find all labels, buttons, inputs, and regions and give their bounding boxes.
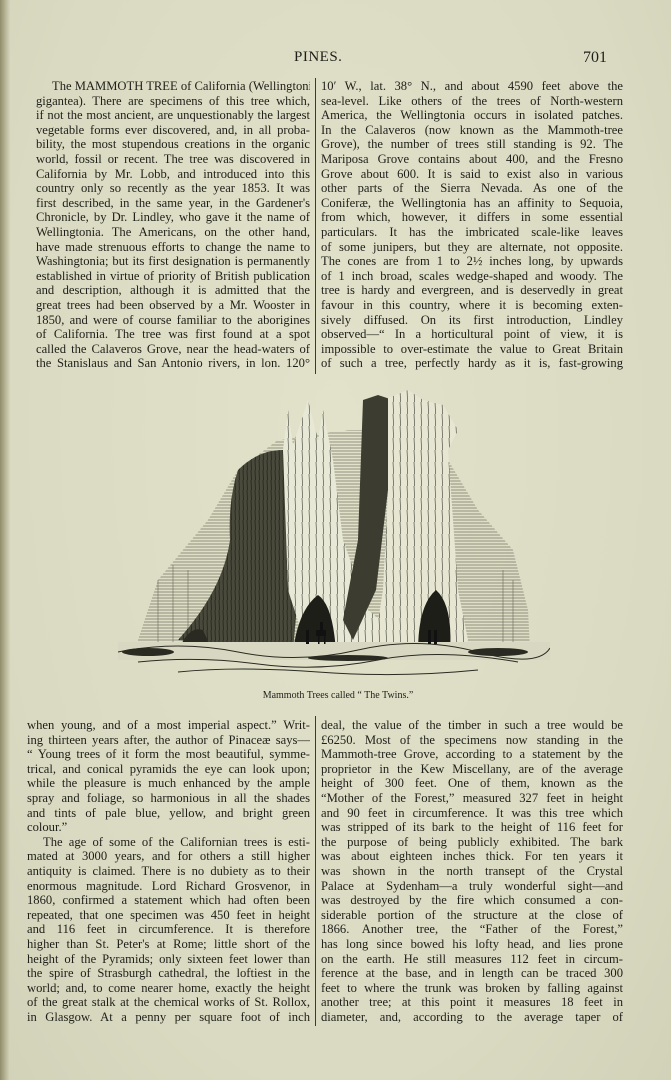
column-divider xyxy=(315,716,316,1026)
text-line: country only so recently as the year 185… xyxy=(36,181,310,196)
text-line: siderable portion of the structure at th… xyxy=(321,908,623,923)
text-line: height of 300 feet. One of them, known a… xyxy=(321,776,623,791)
text-line: was about eighteen inches thick. For ten… xyxy=(321,849,623,864)
text-line: first described, in the same year, in th… xyxy=(36,196,310,211)
text-line: have made strenuous efforts to change th… xyxy=(36,240,310,255)
text-line: feet to where the trunk was broken by fa… xyxy=(321,981,623,996)
book-spine-shadow xyxy=(0,0,10,1080)
text-line: world, fossil or recent. The tree was di… xyxy=(36,152,310,167)
column-left-top: The MAMMOTH TREE of California (Wellingt… xyxy=(36,79,310,371)
text-line: Chronicle, by Dr. Lindley, who gave it t… xyxy=(36,210,310,225)
text-line: of such a tree, perfectly hardy as it is… xyxy=(321,356,623,371)
text-line: Coniferæ, the Wellingtonia has an affini… xyxy=(321,196,623,211)
text-line: and tints of pale blue, yellow, and brig… xyxy=(27,806,310,821)
text-line: the Stanislaus and San Antonio rivers, i… xyxy=(36,356,310,371)
text-line: called the Calaveros Grove, near the hea… xyxy=(36,342,310,357)
text-line: higher than St. Peter's at Rome; little … xyxy=(27,937,310,952)
text-line: favour in this country, where it is beco… xyxy=(321,298,623,313)
text-line: America, the Wellingtonia occurs in isol… xyxy=(321,108,623,123)
text-line: “ Young trees of it form the most beauti… xyxy=(27,747,310,762)
text-line: on the earth. He still measures 112 feet… xyxy=(321,952,623,967)
text-line: tree is hardy and evergreen, and is dese… xyxy=(321,283,623,298)
text-line: has long since bowed his lofty head, and… xyxy=(321,937,623,952)
engraving-illustration-icon xyxy=(118,390,550,690)
text-line: of 1 inch broad, scales wedge-shaped and… xyxy=(321,269,623,284)
text-line: colour.” xyxy=(27,820,310,835)
text-line: of California. The tree was first found … xyxy=(36,327,310,342)
text-line: mated at 3000 years, and for others a st… xyxy=(27,849,310,864)
text-line: California by Mr. Lobb, and introduced i… xyxy=(36,167,310,182)
text-line: ference at the base, and in length can b… xyxy=(321,966,623,981)
text-line: of the great stalk at the chemical works… xyxy=(27,995,310,1010)
figure-caption: Mammoth Trees called “ The Twins.” xyxy=(228,690,448,701)
running-head-title: PINES. xyxy=(294,49,342,66)
text-line: sea-level. Like others of the trees of N… xyxy=(321,94,623,109)
text-line: Mammoth-tree Grove, according to a state… xyxy=(321,747,623,762)
text-line: spray and foliage, so harmonious in all … xyxy=(27,791,310,806)
text-line: 1850, and were of course familiar to the… xyxy=(36,313,310,328)
text-line: trical, and conical pyramids the eye can… xyxy=(27,762,310,777)
text-line: impossible to over-estimate the value to… xyxy=(321,342,623,357)
text-line: in Glasgow. At a penny per square foot o… xyxy=(27,1010,310,1025)
text-line: diameter, and, according to the average … xyxy=(321,1010,623,1025)
text-line: another tree; at this point it measures … xyxy=(321,995,623,1010)
text-line: was stripped of its bark to the height o… xyxy=(321,820,623,835)
text-line: the purpose of being publicly exhibited.… xyxy=(321,835,623,850)
text-line: world; and, to come nearer home, exactly… xyxy=(27,981,310,996)
text-line: Grove about 600. It is said to exist als… xyxy=(321,167,623,182)
text-line: from which, however, it differs in some … xyxy=(321,210,623,225)
text-line: Washingtonia; but its first designation … xyxy=(36,254,310,269)
text-line: vegetable forms ever discovered, and, in… xyxy=(36,123,310,138)
text-line: bility, the most stupendous creations in… xyxy=(36,137,310,152)
page-number: 701 xyxy=(583,49,607,67)
text-line: was shown in the north transept of the C… xyxy=(321,864,623,879)
text-line: In the Calaveros (now known as the Mammo… xyxy=(321,123,623,138)
text-line: the spire of Strasburgh cathedral, the l… xyxy=(27,966,310,981)
text-line: Grove), the number of trees still standi… xyxy=(321,137,623,152)
text-line: observed—“ In a horticultural point of v… xyxy=(321,327,623,342)
text-line: antiquity is claimed. There is no dubiet… xyxy=(27,864,310,879)
text-line: other parts of the Sierra Nevada. As one… xyxy=(321,181,623,196)
text-line: of some junipers, but they are alternate… xyxy=(321,240,623,255)
column-divider xyxy=(315,78,316,374)
text-line: “Mother of the Forest,” measured 327 fee… xyxy=(321,791,623,806)
text-line: The age of some of the Californian trees… xyxy=(27,835,310,850)
text-line: while the pleasure is much enhanced by t… xyxy=(27,776,310,791)
text-line: and description, although it is admitted… xyxy=(36,283,310,298)
text-line: repeated, that one specimen was 450 feet… xyxy=(27,908,310,923)
text-line: Palace at Sydenham—a truly wonderful sig… xyxy=(321,879,623,894)
column-right-top: 10′ W., lat. 38° N., and about 4590 feet… xyxy=(321,79,623,371)
book-page: PINES. 701 The MAMMOTH TREE of Californi… xyxy=(0,0,671,1080)
text-line: particulars. It has the imbricated scale… xyxy=(321,225,623,240)
text-line: height of the Pyramids; only sixteen fee… xyxy=(27,952,310,967)
text-line: if not the most ancient, are unquestiona… xyxy=(36,108,310,123)
text-line: great trees had been observed by a Mr. W… xyxy=(36,298,310,313)
text-line: deal, the value of the timber in such a … xyxy=(321,718,623,733)
text-line: 10′ W., lat. 38° N., and about 4590 feet… xyxy=(321,79,623,94)
text-line: when young, and of a most imperial aspec… xyxy=(27,718,310,733)
text-line: was destroyed by the fire which consumed… xyxy=(321,893,623,908)
text-line: proprietor in the Kew Miscellany, are of… xyxy=(321,762,623,777)
text-line: sively diffused. On its first introducti… xyxy=(321,313,623,328)
column-left-bottom: when young, and of a most imperial aspec… xyxy=(27,718,310,1024)
text-line: £6250. Most of the specimens now standin… xyxy=(321,733,623,748)
column-right-bottom: deal, the value of the timber in such a … xyxy=(321,718,623,1024)
text-line: 1860, confirmed a statement which had of… xyxy=(27,893,310,908)
running-head: PINES. 701 xyxy=(0,49,671,69)
text-line: ing thirteen years after, the author of … xyxy=(27,733,310,748)
text-line: and 90 feet in circumference. It was thi… xyxy=(321,806,623,821)
text-line: gigantea). There are specimens of this t… xyxy=(36,94,310,109)
text-line: 1866. Another tree, the “Father of the F… xyxy=(321,922,623,937)
text-line: established in virtue of priority of Bri… xyxy=(36,269,310,284)
text-line: enormous magnitude. Lord Richard Grosven… xyxy=(27,879,310,894)
text-line: The cones are from 1 to 2½ inches long, … xyxy=(321,254,623,269)
text-line: and 116 feet in circumference. It is the… xyxy=(27,922,310,937)
text-line: The MAMMOTH TREE of California (Wellingt… xyxy=(36,79,310,94)
text-line: Wellingtonia. The Americans, on the othe… xyxy=(36,225,310,240)
text-line: Mariposa Grove contains about 400, and t… xyxy=(321,152,623,167)
